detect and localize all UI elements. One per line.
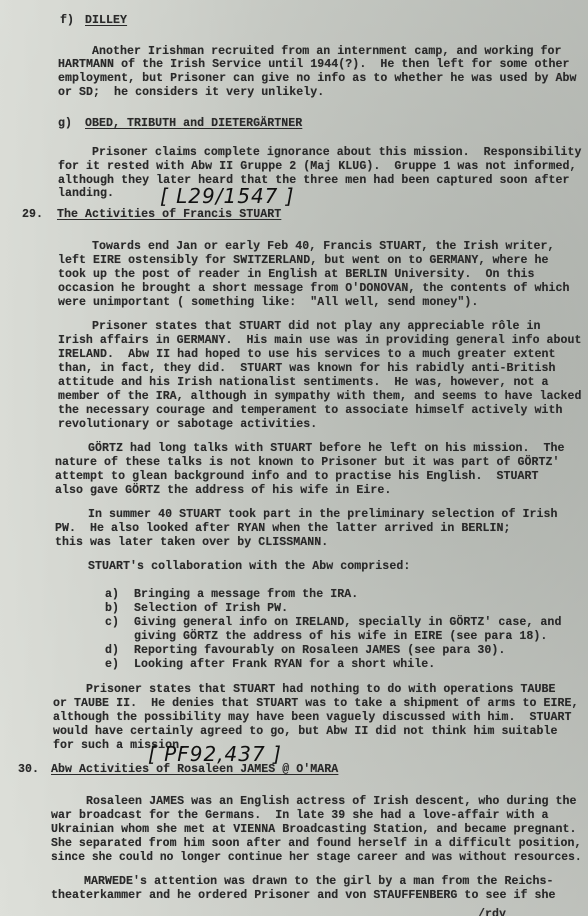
section-29-para2-line: member of the IRA, although in sympathy …: [58, 390, 581, 403]
section-29-para1-line: took up the post of reader in English at…: [58, 268, 535, 281]
handwritten-file-reference: [ L29/1547 ]: [160, 184, 295, 208]
section-29-para1-line: occasion he brought a short message from…: [58, 282, 570, 295]
section-29-para6-line: Prisoner states that STUART had nothing …: [86, 683, 556, 696]
list-item-label: c): [105, 616, 119, 629]
section-30-para1-line: Ukrainian whom she met at VIENNA Broadca…: [51, 823, 577, 836]
list-item-text: Selection of Irish PW.: [134, 602, 288, 615]
section-f-heading: DILLEY: [85, 14, 127, 27]
list-item-label: e): [105, 658, 119, 671]
section-30-para1-line: since she could no longer continue her s…: [51, 851, 582, 864]
section-29-para2-line: the necessary courage and temperament to…: [58, 404, 563, 417]
section-f-line: employment, but Prisoner can give no inf…: [58, 72, 577, 85]
section-29-para2-line: revolutionary or sabotage activities.: [58, 418, 317, 431]
section-29-para3-line: also gave GÖRTZ the address of his wife …: [55, 484, 391, 497]
section-29-para4-line: this was later taken over by CLISSMANN.: [55, 536, 328, 549]
section-30-para1-line: Rosaleen JAMES was an English actress of…: [86, 795, 577, 808]
list-item-text: Looking after Frank RYAN for a short whi…: [134, 658, 435, 671]
section-30-heading: Abw Activities of Rosaleen JAMES @ O'MAR…: [51, 763, 338, 776]
section-30-para2-line: MARWEDE's attention was drawn to the gir…: [84, 875, 554, 888]
list-item-label: a): [105, 588, 119, 601]
section-29-para1-line: Towards end Jan or early Feb 40, Francis…: [92, 240, 555, 253]
section-29-para6-line: or TAUBE II. He denies that STUART was t…: [53, 697, 579, 710]
list-item-label: b): [105, 602, 119, 615]
section-30-number: 30.: [18, 763, 39, 776]
section-29-para3-line: nature of these talks is not known to Pr…: [55, 456, 560, 469]
section-29-para2-line: attitude and his Irish nationalist senti…: [58, 376, 549, 389]
section-g-line: although they later heard that the three…: [58, 174, 570, 187]
section-g-label: g): [58, 117, 72, 130]
list-item-text: Giving general info on IRELAND, speciall…: [134, 616, 561, 629]
section-30-para1-line: war broadcast for the Germans. In late 3…: [51, 809, 549, 822]
list-item-label: d): [105, 644, 119, 657]
section-g-line: for it rested with Abw II Gruppe 2 (Maj …: [58, 160, 577, 173]
list-item-text-continued: giving GÖRTZ the address of his wife in …: [134, 630, 547, 643]
section-f-label: f): [60, 14, 74, 27]
section-29-para6-line: would have certainly agreed to go, but A…: [53, 725, 558, 738]
list-item-text: Reporting favourably on Rosaleen JAMES (…: [134, 644, 505, 657]
section-f-line: HARTMANN of the Irish Service until 1944…: [58, 58, 570, 71]
section-29-para3-line: GÖRTZ had long talks with STUART before …: [88, 442, 565, 455]
section-29-para2-line: Irish affairs in GERMANY. His main use w…: [58, 334, 581, 347]
continuation-mark: /rdy: [478, 908, 506, 916]
section-29-para1-line: were unimportant ( something like: "All …: [58, 296, 478, 309]
section-f-line: Another Irishman recruited from an inter…: [92, 45, 562, 58]
section-29-heading: The Activities of Francis STUART: [57, 208, 281, 221]
section-29-para4-line: PW. He also looked after RYAN when the l…: [55, 522, 510, 535]
section-29-para4-line: In summer 40 STUART took part in the pre…: [88, 508, 558, 521]
section-30-para1-line: She separated from him soon after and fo…: [51, 837, 581, 850]
document-page: f) DILLEY Another Irishman recruited fro…: [0, 0, 588, 916]
section-29-para3-line: attempt to glean background info and to …: [55, 470, 539, 483]
section-f-line: or SD; he considers it very unlikely.: [58, 86, 324, 99]
list-item-text: Bringing a message from the IRA.: [134, 588, 358, 601]
section-g-heading: OBED, TRIBUTH and DIETERGÄRTNER: [85, 117, 302, 130]
section-30-para2-line: theaterkammer and he ordered Prisoner an…: [51, 889, 556, 902]
section-29-number: 29.: [22, 208, 43, 221]
section-29-para1-line: left EIRE ostensibly for SWITZERLAND, bu…: [58, 254, 549, 267]
section-29-para6-line: although the possibility may have been v…: [53, 711, 572, 724]
section-29-para2-line: IRELAND. Abw II had hoped to use his ser…: [58, 348, 556, 361]
section-g-line: landing.: [58, 187, 114, 200]
section-29-para2-line: than, in fact, they did. STUART was know…: [58, 362, 556, 375]
section-29-collaboration-intro: STUART's collaboration with the Abw comp…: [88, 560, 410, 573]
section-29-para2-line: Prisoner states that STUART did not play…: [92, 320, 540, 333]
section-g-line: Prisoner claims complete ignorance about…: [92, 146, 582, 159]
